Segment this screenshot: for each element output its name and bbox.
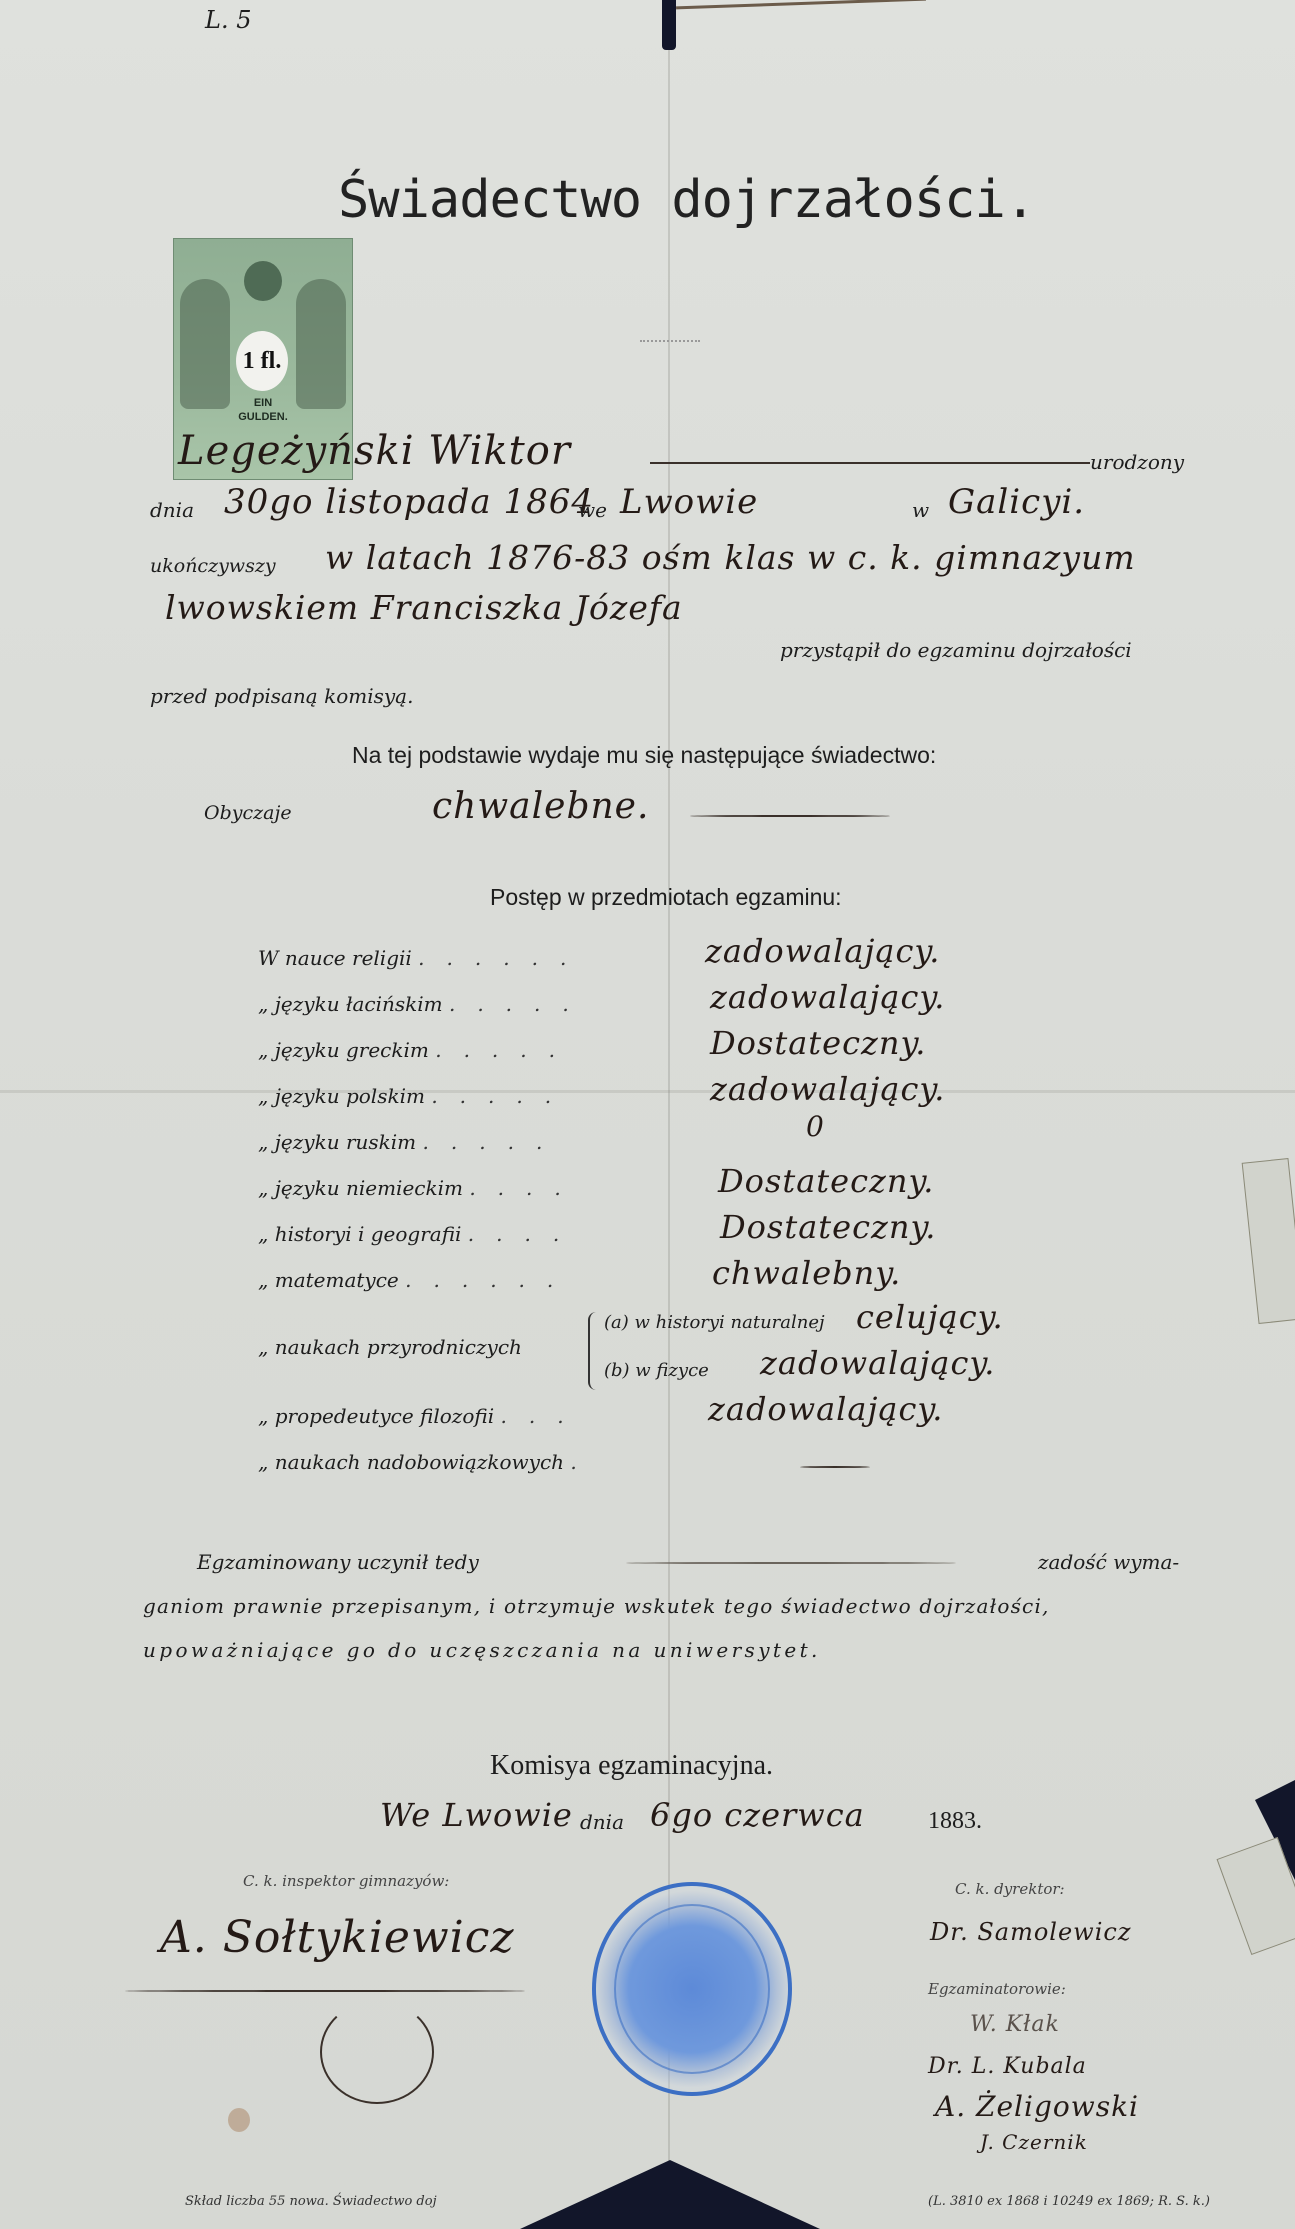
subject-row: „ historyi i geografii .... (258, 1222, 581, 1246)
signature-flourish (320, 2000, 434, 2104)
school-name: lwowskiem Franciszka Józefa (165, 588, 683, 627)
conclusion-line-3: upoważniające go do uczęszczania na uniw… (143, 1638, 821, 1662)
region: Galicyi. (948, 482, 1085, 522)
region-prefix: w (912, 498, 929, 522)
subject-row: „ naukach przyrodniczych (258, 1335, 522, 1359)
birth-place: Lwowie (620, 482, 758, 522)
document-title: Świadectwo dojrzałości. (338, 170, 1035, 230)
subject-row: „ języku łacińskim ..... (258, 992, 591, 1016)
subject-grade: zadowalający. (710, 978, 945, 1016)
subject-row: „ propedeutyce filozofii ... (258, 1404, 586, 1428)
fill-line (800, 1466, 870, 1468)
certificate-intro: Na tej podstawie wydaje mu się następują… (352, 742, 936, 769)
torn-edge (1217, 1837, 1295, 1955)
birth-date: 30go listopada 1864 (224, 482, 594, 522)
subject-sub-b: (b) w fizyce (604, 1360, 709, 1381)
day-label: dnia (150, 498, 194, 522)
exam-text: przystąpił do egzaminu dojrzałości (780, 638, 1132, 662)
subject-grade: chwalebny. (712, 1254, 901, 1292)
exam-text-2: przed podpisaną komisyą. (150, 684, 413, 708)
examiner-signature: J. Czernik (980, 2130, 1088, 2154)
director-signature: Dr. Samolewicz (930, 1918, 1131, 1946)
conclusion-line-1-end: zadość wyma- (1038, 1550, 1179, 1574)
allegorical-figure-right (296, 279, 346, 409)
subject-grade: zadowalający. (708, 1390, 943, 1428)
conduct-label: Obyczaje (204, 802, 292, 824)
examiner-signature: Dr. L. Kubala (928, 2054, 1087, 2079)
examiners-label: Egzaminatorowie: (928, 1980, 1066, 1998)
conclusion-line-1-start: Egzaminowany uczynił tedy (197, 1550, 479, 1574)
fill-line (690, 815, 890, 817)
allegorical-figure-left (180, 279, 230, 409)
subject-row: „ języku greckim ..... (258, 1038, 577, 1062)
subject-row: „ języku niemieckim .... (258, 1176, 583, 1200)
footer-left: Skład liczba 55 nowa. Świadectwo doj (185, 2194, 437, 2209)
place-prefix: we (578, 498, 607, 522)
subject-grade: zadowalający. (710, 1070, 945, 1108)
reference-number: L. 5 (205, 6, 251, 34)
inspector-label: C. k. inspektor gimnazyów: (243, 1872, 449, 1890)
conduct-grade: chwalebne. (432, 786, 649, 827)
string-mark (676, 0, 926, 9)
examiner-signature: A. Żeligowski (935, 2090, 1139, 2123)
subject-sub-a: (a) w historyi naturalnej (604, 1312, 825, 1333)
subject-row: W nauce religii ...... (258, 946, 588, 970)
progress-heading: Postęp w przedmiotach egzaminu: (490, 884, 842, 911)
subject-grade: zadowalający. (705, 932, 940, 970)
stamp-text-2: GULDEN. (174, 411, 352, 423)
examiner-signature: W. Kłak (970, 2012, 1060, 2037)
torn-edge (1242, 1158, 1295, 1324)
born-label: urodzony (1090, 450, 1184, 474)
certificate-page: L. 5 Świadectwo dojrzałości. 1 fl. EIN G… (0, 0, 1295, 2229)
fold-crease-horizontal (0, 1090, 1295, 1093)
subject-grade-a: celujący. (856, 1298, 1004, 1336)
inspector-signature: A. Sołtykiewicz (160, 1912, 515, 1963)
subject-grade: 0 (806, 1110, 825, 1143)
title-ornament (640, 338, 700, 342)
student-name: Legeżyński Wiktor (178, 428, 571, 474)
commission-date: 6go czerwca (650, 1796, 865, 1834)
subject-row: „ języku polskim ..... (258, 1084, 573, 1108)
tear-top (662, 0, 676, 50)
stamp-value: 1 fl. (236, 331, 288, 391)
signature-flourish (125, 1990, 525, 1992)
eagle-emblem-icon (244, 261, 282, 301)
tear-bottom (520, 2160, 820, 2229)
commission-place: We Lwowie (380, 1796, 573, 1834)
commission-date-label: dnia (580, 1810, 624, 1834)
subject-grade: Dostateczny. (720, 1208, 936, 1246)
commission-heading: Komisya egzaminacyjna. (490, 1750, 773, 1782)
school-seal (592, 1882, 792, 2096)
subject-row: „ matematyce ...... (258, 1268, 575, 1292)
stamp-text-1: EIN (174, 397, 352, 409)
finished-label: ukończywszy (150, 555, 276, 577)
subject-grade: Dostateczny. (710, 1024, 926, 1062)
commission-year: 1883. (928, 1808, 982, 1835)
fill-line (626, 1562, 956, 1564)
stain (228, 2108, 250, 2132)
subject-row: „ naukach nadobowiązkowych . (258, 1450, 599, 1474)
footer-right: (L. 3810 ex 1868 i 10249 ex 1869; R. S. … (928, 2194, 1210, 2209)
conclusion-line-2: ganiom prawnie przepisanym, i otrzymuje … (143, 1594, 1050, 1618)
subject-grade-b: zadowalający. (760, 1344, 995, 1382)
director-label: C. k. dyrektor: (955, 1880, 1065, 1898)
subject-grade: Dostateczny. (718, 1162, 934, 1200)
subject-row: „ języku ruskim ..... (258, 1130, 564, 1154)
fill-line (650, 462, 1090, 464)
school-years: w latach 1876-83 ośm klas w c. k. gimnaz… (325, 538, 1136, 577)
brace (588, 1312, 598, 1390)
